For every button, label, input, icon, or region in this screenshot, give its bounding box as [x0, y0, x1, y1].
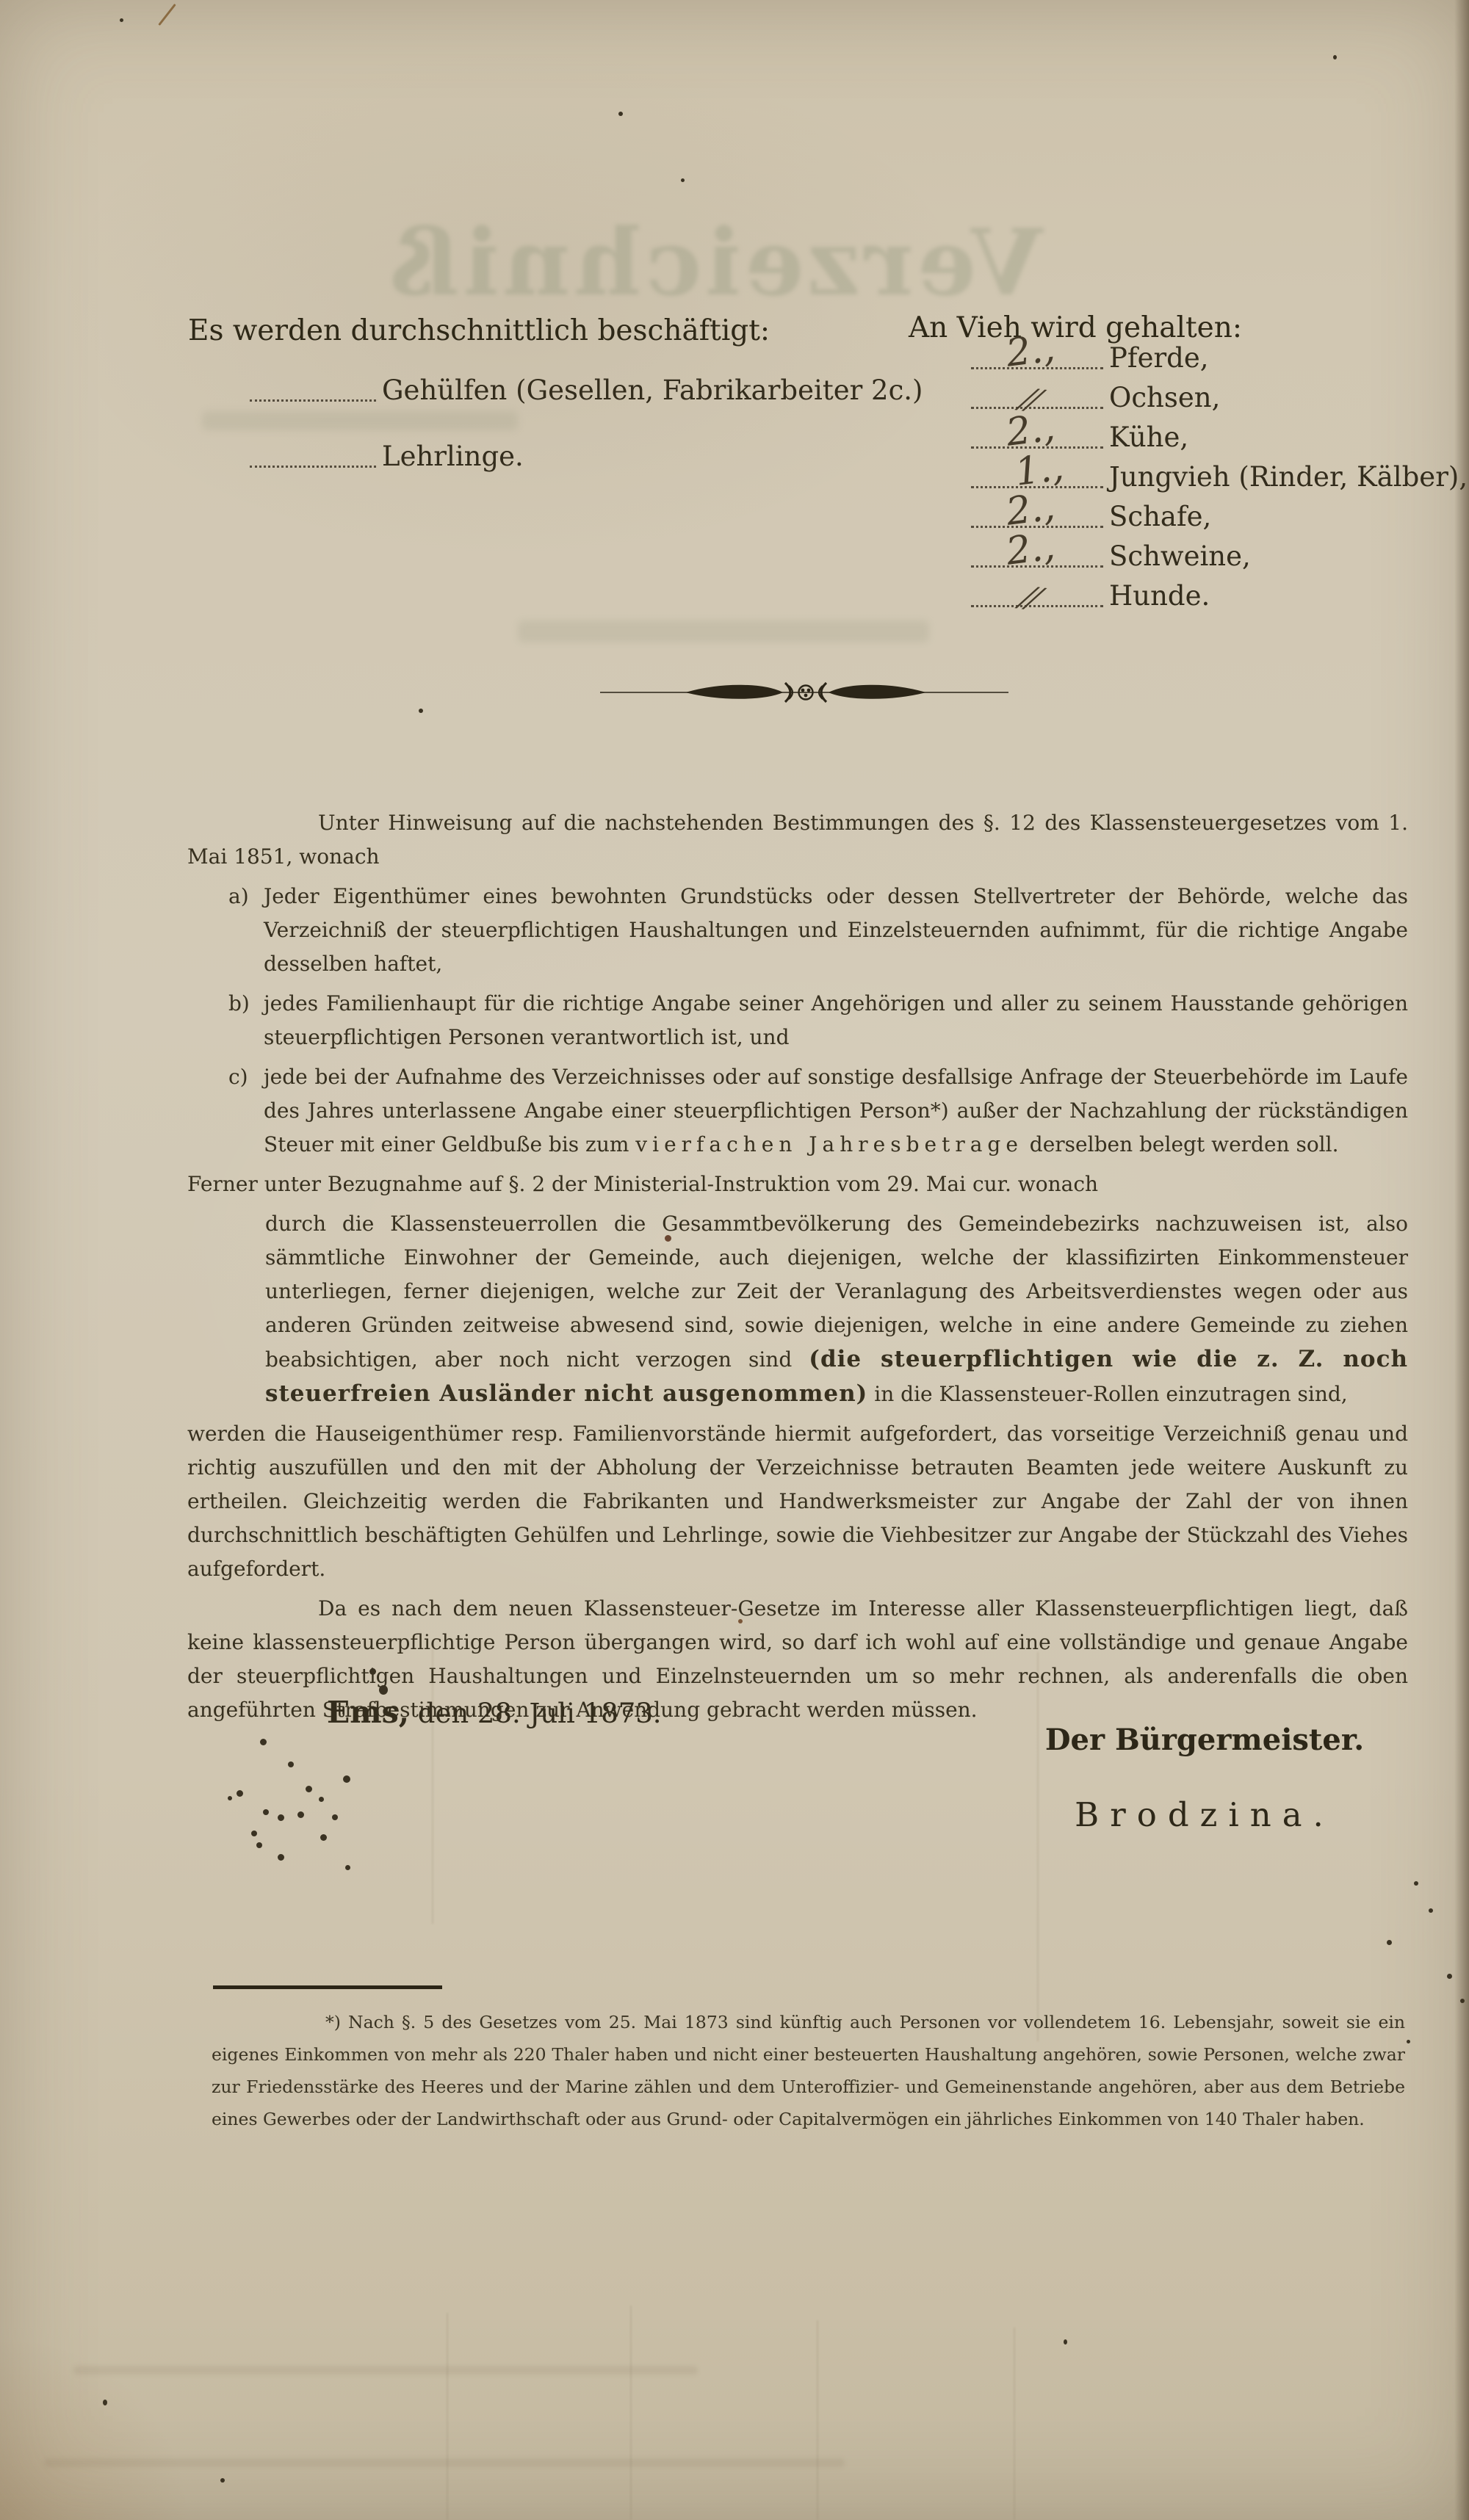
- livestock-row-hunde: // Hunde.: [971, 582, 1210, 612]
- paper-speck: [1407, 2040, 1410, 2043]
- employment-heading: Es werden durchschnittlich beschäftigt:: [188, 314, 770, 347]
- livestock-label: Pferde,: [1109, 344, 1209, 374]
- handwritten-count: 2.,: [1004, 408, 1057, 452]
- paper-speck: [1064, 2339, 1067, 2345]
- paper-speck: [220, 2478, 225, 2483]
- livestock-heading: An Vieh wird gehalten:: [909, 311, 1242, 344]
- livestock-label: Ochsen,: [1109, 383, 1220, 413]
- paper-crease: [447, 2313, 448, 2520]
- list-item-b: b)jedes Familienhaupt für die richtige A…: [187, 987, 1408, 1054]
- ink-speck: [263, 1809, 269, 1815]
- dateline: Ems, den 28. Juli 1873.: [327, 1695, 662, 1730]
- paper-speck: [665, 1235, 671, 1242]
- ink-speck: [332, 1814, 338, 1820]
- paper-speck: [1333, 55, 1337, 59]
- footnote-rule: [213, 1985, 442, 1989]
- livestock-row-ochsen: // Ochsen,: [971, 383, 1220, 413]
- ink-speck: [228, 1796, 232, 1800]
- handwritten-count: 2.,: [1004, 329, 1057, 373]
- paper-crease: [817, 2320, 818, 2520]
- paper-crease: [432, 1645, 433, 1924]
- handwritten-count: 2.,: [1004, 527, 1057, 571]
- instruction-text: in die Klassensteuer-Rollen einzutragen …: [867, 1382, 1347, 1406]
- ink-speck: [369, 1668, 376, 1675]
- ink-speck: [345, 1865, 350, 1870]
- handwritten-ditto-mark: //: [1016, 583, 1043, 612]
- ink-speck: [237, 1790, 243, 1797]
- ink-speck: [306, 1786, 312, 1792]
- paper-speck: [419, 709, 423, 713]
- livestock-label: Kühe,: [1109, 423, 1188, 453]
- paper-crease: [1014, 2328, 1015, 2520]
- employment-label: Gehülfen (Gesellen, Fabrikarbeiter 2c.): [382, 376, 923, 406]
- signature-name: Brodzina.: [1021, 1795, 1388, 1834]
- paper-speck: [1387, 1940, 1392, 1945]
- paragraph-instruction-block: durch die Klassensteuerrollen die Gesamm…: [187, 1207, 1408, 1411]
- signature-title: Der Bürgermeister.: [1021, 1723, 1388, 1757]
- ink-speck: [343, 1775, 350, 1783]
- page-edge-shadow: [1454, 0, 1469, 2520]
- page-corner-shadow: [0, 2335, 191, 2520]
- livestock-label: Schafe,: [1109, 502, 1211, 532]
- footnote-text: *) Nach §. 5 des Gesetzes vom 25. Mai 18…: [212, 2006, 1405, 2135]
- item-letter: a): [228, 880, 249, 913]
- ornamental-divider: [599, 662, 1010, 721]
- dateline-date: den 28. Juli 1873.: [409, 1698, 662, 1729]
- paper-crease: [630, 2306, 632, 2520]
- employment-row-gehuelfen: Gehülfen (Gesellen, Fabrikarbeiter 2c.): [250, 376, 923, 406]
- paper-crease: [1037, 1652, 1039, 2041]
- livestock-row-schafe: 2., Schafe,: [971, 502, 1211, 532]
- list-item-c: c)jede bei der Aufnahme des Verzeichniss…: [187, 1060, 1408, 1162]
- livestock-row-pferde: 2., Pferde,: [971, 344, 1209, 374]
- dotted-fill-line: [971, 605, 1103, 607]
- ink-speck: [320, 1834, 327, 1841]
- list-item-text: jedes Familienhaupt für die richtige Ang…: [264, 991, 1408, 1049]
- paper-speck: [120, 18, 123, 22]
- divider-flourish-icon: [599, 662, 1010, 721]
- blank-fill-line: [250, 399, 376, 402]
- paper-scratch: [158, 4, 176, 26]
- paper-speck: [1429, 1908, 1433, 1913]
- bleedthrough-smudge: [518, 620, 929, 642]
- ink-speck: [256, 1842, 262, 1848]
- ink-speck: [297, 1811, 304, 1818]
- livestock-label: Schweine,: [1109, 542, 1251, 572]
- emphasized-spaced-text: vierfachen Jahresbetrage: [635, 1132, 1023, 1156]
- employment-row-lehrlinge: Lehrlinge.: [250, 442, 524, 472]
- paper-speck: [738, 1619, 743, 1623]
- ink-speck: [278, 1854, 284, 1861]
- paper-speck: [618, 112, 623, 116]
- ink-speck: [278, 1814, 284, 1821]
- paper-speck: [1414, 1881, 1418, 1886]
- dateline-place: Ems,: [327, 1695, 409, 1730]
- livestock-label: Jungvieh (Rinder, Kälber),: [1109, 463, 1468, 493]
- ink-speck: [319, 1797, 324, 1802]
- employment-label: Lehrlinge.: [382, 442, 524, 472]
- ink-speck: [251, 1831, 257, 1836]
- livestock-label: Hunde.: [1109, 582, 1210, 612]
- list-item-a: a)Jeder Eigenthümer eines bewohnten Grun…: [187, 880, 1408, 981]
- paragraph-intro: Unter Hinweisung auf die nachstehenden B…: [187, 806, 1408, 874]
- paper-speck: [681, 178, 685, 182]
- handwritten-count: 1.,: [1013, 448, 1066, 492]
- bleedthrough-smudge: [202, 411, 518, 430]
- list-item-text: derselben belegt werden soll.: [1023, 1132, 1339, 1156]
- ink-speck: [260, 1739, 267, 1745]
- signature-block: Der Bürgermeister. Brodzina.: [1021, 1723, 1388, 1834]
- blank-fill-line: [250, 466, 376, 468]
- ink-speck: [379, 1685, 388, 1695]
- paragraph-ferner: Ferner unter Bezugnahme auf §. 2 der Min…: [187, 1167, 1408, 1201]
- list-item-text: Jeder Eigenthümer eines bewohnten Grunds…: [264, 884, 1408, 976]
- item-letter: c): [228, 1060, 248, 1094]
- livestock-row-kuehe: 2., Kühe,: [971, 423, 1188, 453]
- ink-speck: [288, 1762, 294, 1767]
- body-text: Unter Hinweisung auf die nachstehenden B…: [187, 806, 1408, 1733]
- bleedthrough-ghost-text: Verzeichniß: [441, 209, 1043, 316]
- scanned-document-page: Verzeichniß Es werden durchschnittlich b…: [0, 0, 1469, 2520]
- item-letter: b): [228, 987, 250, 1021]
- paper-speck: [1447, 1974, 1452, 1979]
- paragraph-request: werden die Hauseigenthümer resp. Familie…: [187, 1417, 1408, 1586]
- livestock-row-schweine: 2., Schweine,: [971, 542, 1251, 572]
